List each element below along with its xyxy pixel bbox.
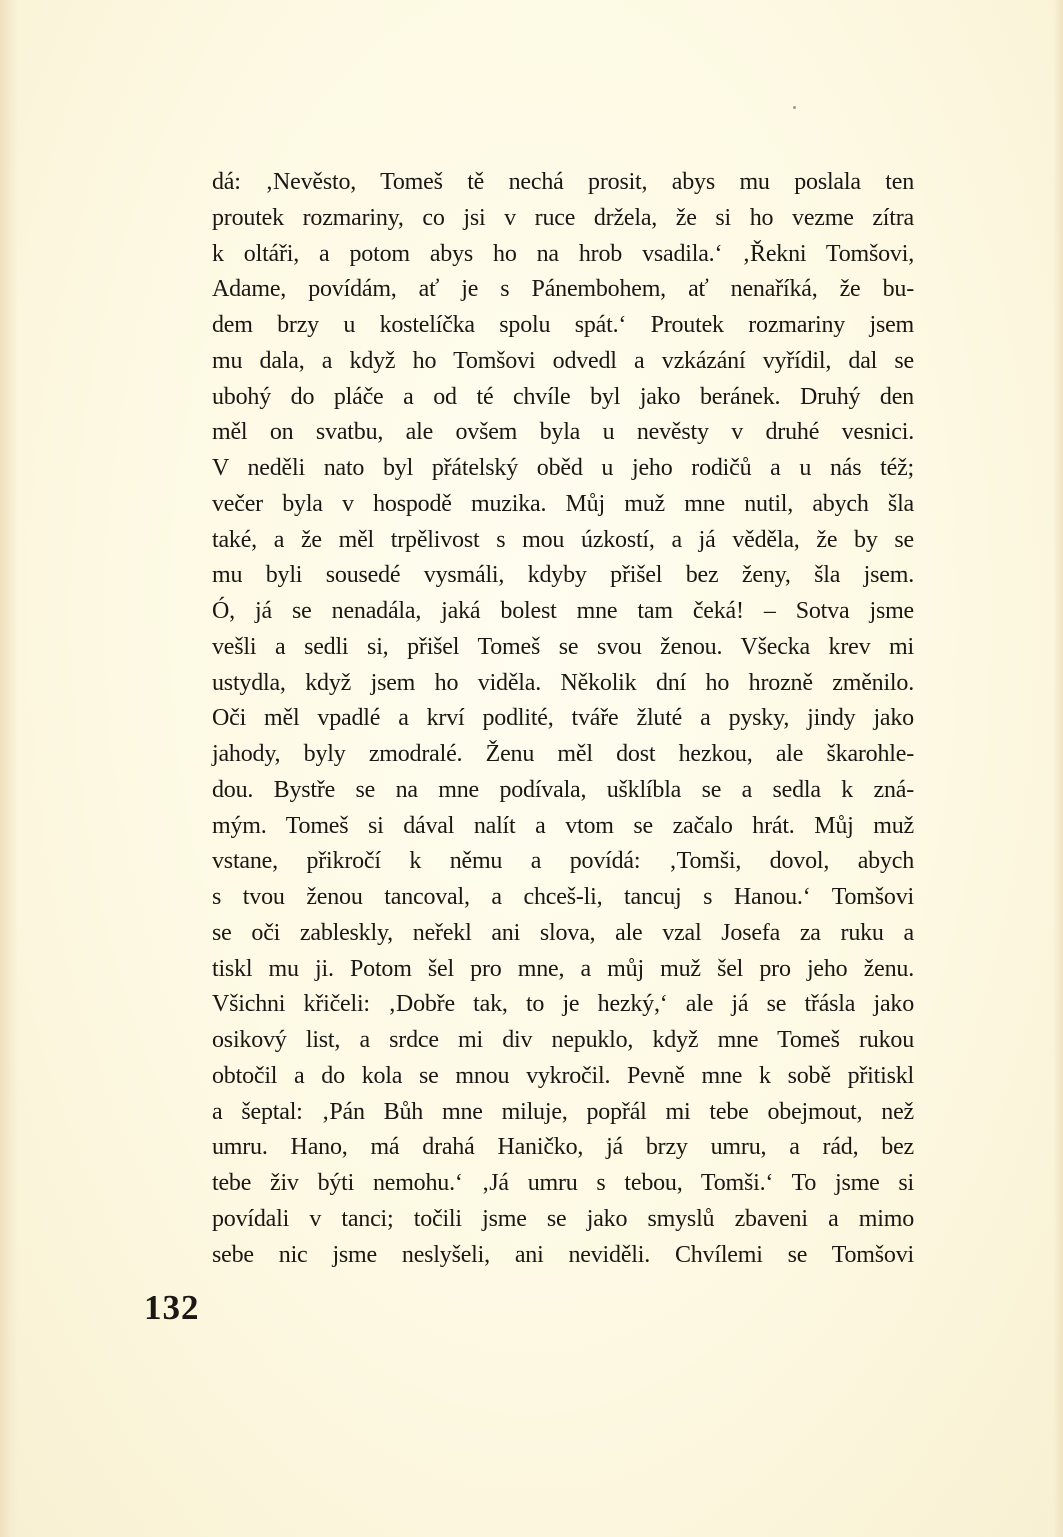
text-line: měl on svatbu, ale ovšem byla u nevěsty … bbox=[212, 415, 914, 451]
text-line: vstane, přikročí k němu a povídá: ‚Tomši… bbox=[212, 844, 914, 880]
text-line: dou. Bystře se na mne podívala, ušklíbla… bbox=[212, 773, 914, 809]
text-line: Oči měl vpadlé a krví podlité, tváře žlu… bbox=[212, 701, 914, 737]
text-line: mým. Tomeš si dával nalít a vtom se zača… bbox=[212, 809, 914, 845]
page-right-edge-shadow bbox=[1053, 0, 1063, 1537]
paper-speck bbox=[793, 106, 796, 109]
text-line: sebe nic jsme neslyšeli, ani neviděli. C… bbox=[212, 1238, 914, 1274]
text-line: tebe živ býti nemohu.‘ ‚Já umru s tebou,… bbox=[212, 1166, 914, 1202]
text-line: také, a že měl trpělivost s mou úzkostí,… bbox=[212, 523, 914, 559]
body-text: dá: ‚Nevěsto, Tomeš tě nechá prosit, aby… bbox=[212, 165, 914, 1273]
text-line: V neděli nato byl přátelský oběd u jeho … bbox=[212, 451, 914, 487]
text-line: Ó, já se nenadála, jaká bolest mne tam č… bbox=[212, 594, 914, 630]
text-line: se oči zableskly, neřekl ani slova, ale … bbox=[212, 916, 914, 952]
book-page: dá: ‚Nevěsto, Tomeš tě nechá prosit, aby… bbox=[0, 0, 1063, 1537]
page-left-edge-shadow bbox=[0, 0, 18, 1537]
page-number: 132 bbox=[144, 1288, 200, 1328]
text-line: ustydla, když jsem ho viděla. Několik dn… bbox=[212, 666, 914, 702]
text-line: mu dala, a když ho Tomšovi odvedl a vzká… bbox=[212, 344, 914, 380]
text-line: umru. Hano, má drahá Haničko, já brzy um… bbox=[212, 1130, 914, 1166]
text-line: večer byla v hospodě muzika. Můj muž mne… bbox=[212, 487, 914, 523]
text-line: Všichni křičeli: ‚Dobře tak, to je hezký… bbox=[212, 987, 914, 1023]
text-line: vešli a sedli si, přišel Tomeš se svou ž… bbox=[212, 630, 914, 666]
text-line: proutek rozmariny, co jsi v ruce držela,… bbox=[212, 201, 914, 237]
text-line: k oltáři, a potom abys ho na hrob vsadil… bbox=[212, 237, 914, 273]
text-line: tiskl mu ji. Potom šel pro mne, a můj mu… bbox=[212, 952, 914, 988]
text-line: jahody, byly zmodralé. Ženu měl dost hez… bbox=[212, 737, 914, 773]
text-line: Adame, povídám, ať je s Pánembohem, ať n… bbox=[212, 272, 914, 308]
text-line: a šeptal: ‚Pán Bůh mne miluje, popřál mi… bbox=[212, 1095, 914, 1131]
text-line: s tvou ženou tancoval, a chceš-li, tancu… bbox=[212, 880, 914, 916]
text-line: dá: ‚Nevěsto, Tomeš tě nechá prosit, aby… bbox=[212, 165, 914, 201]
text-line: dem brzy u kostelíčka spolu spát.‘ Prout… bbox=[212, 308, 914, 344]
text-line: mu byli sousedé vysmáli, kdyby přišel be… bbox=[212, 558, 914, 594]
text-line: obtočil a do kola se mnou vykročil. Pevn… bbox=[212, 1059, 914, 1095]
text-line: osikový list, a srdce mi div nepuklo, kd… bbox=[212, 1023, 914, 1059]
text-line: ubohý do pláče a od té chvíle byl jako b… bbox=[212, 380, 914, 416]
text-line: povídali v tanci; točili jsme se jako sm… bbox=[212, 1202, 914, 1238]
